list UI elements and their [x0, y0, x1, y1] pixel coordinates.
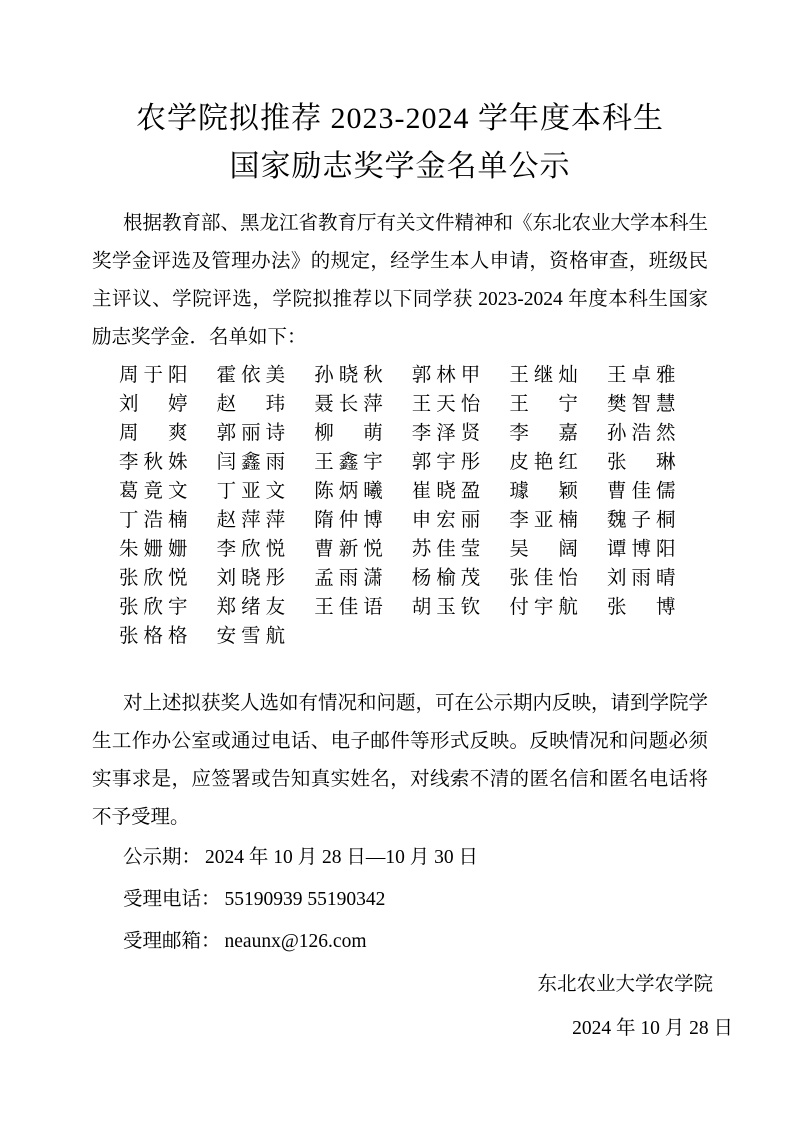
publicity-period-label: 公示期： — [123, 847, 201, 868]
recipient-name: 孙浩然 — [607, 419, 705, 448]
recipient-name: 吴 阔 — [509, 535, 607, 564]
recipient-name: 郑绪友 — [217, 593, 315, 622]
recipient-name: 付宇航 — [509, 593, 607, 622]
signature-date: 2024 年 10 月 28 日 — [92, 1005, 733, 1053]
recipient-name: 樊智慧 — [607, 390, 705, 419]
notice-paragraph: 对上述拟获奖人选如有情况和问题，可在公示期内反映，请到学院学生工作办公室或通过电… — [92, 685, 708, 837]
recipient-name: 郭宇彤 — [412, 448, 510, 477]
phone-value: 55190939 55190342 — [225, 889, 386, 910]
recipient-name: 胡玉钦 — [412, 593, 510, 622]
recipient-name: 霍依美 — [217, 361, 315, 390]
recipient-name: 张 琳 — [607, 448, 705, 477]
recipient-name: 张格格 — [119, 622, 217, 651]
recipient-name: 聂长萍 — [314, 390, 412, 419]
recipient-name: 李 嘉 — [509, 419, 607, 448]
recipient-name: 魏子桐 — [607, 506, 705, 535]
recipient-name: 郭林甲 — [412, 361, 510, 390]
recipient-name: 陈炳曦 — [314, 477, 412, 506]
recipient-name: 郭丽诗 — [217, 419, 315, 448]
recipient-name: 李欣悦 — [217, 535, 315, 564]
recipient-name: 杨榆茂 — [412, 564, 510, 593]
recipient-name: 柳 萌 — [314, 419, 412, 448]
recipient-name: 刘晓彤 — [217, 564, 315, 593]
recipient-name: 皮艳红 — [509, 448, 607, 477]
email-line: 受理邮箱：neaunx@126.com — [92, 921, 708, 963]
recipient-name: 隋仲博 — [314, 506, 412, 535]
recipient-name: 王佳语 — [314, 593, 412, 622]
recipient-name: 刘雨晴 — [607, 564, 705, 593]
publicity-period-value: 2024 年 10 月 28 日—10 月 30 日 — [205, 847, 478, 868]
recipient-name: 孙晓秋 — [314, 361, 412, 390]
recipient-name: 张欣宇 — [119, 593, 217, 622]
phone-label: 受理电话： — [123, 889, 221, 910]
recipient-name: 刘 婷 — [119, 390, 217, 419]
recipient-name: 安雪航 — [217, 622, 315, 651]
publicity-period-line: 公示期：2024 年 10 月 28 日—10 月 30 日 — [92, 837, 708, 879]
recipient-name: 谭博阳 — [607, 535, 705, 564]
recipient-name: 王天怡 — [412, 390, 510, 419]
recipient-name: 李秋姝 — [119, 448, 217, 477]
email-value: neaunx@126.com — [225, 931, 367, 952]
recipient-name: 丁亚文 — [217, 477, 315, 506]
phone-line: 受理电话：55190939 55190342 — [92, 879, 708, 921]
recipient-name: 张佳怡 — [509, 564, 607, 593]
recipient-name: 张 博 — [607, 593, 705, 622]
recipient-name: 李亚楠 — [509, 506, 607, 535]
recipient-name: 王 宁 — [509, 390, 607, 419]
title-line-1: 农学院拟推荐 2023-2024 学年度本科生 — [92, 95, 708, 143]
recipient-name: 孟雨潇 — [314, 564, 412, 593]
document-title: 农学院拟推荐 2023-2024 学年度本科生 国家励志奖学金名单公示 — [92, 95, 708, 191]
recipient-name: 葛竟文 — [119, 477, 217, 506]
signature-block: 东北农业大学农学院 2024 年 10 月 28 日 — [92, 965, 708, 1053]
email-label: 受理邮箱： — [123, 931, 221, 952]
recipient-name: 周于阳 — [119, 361, 217, 390]
recipient-name: 赵 玮 — [217, 390, 315, 419]
recipient-name: 王鑫宇 — [314, 448, 412, 477]
recipient-name: 王卓雅 — [607, 361, 705, 390]
recipient-name: 璩 颖 — [509, 477, 607, 506]
title-line-2: 国家励志奖学金名单公示 — [92, 143, 708, 191]
recipient-name: 周 爽 — [119, 419, 217, 448]
recipient-name: 曹佳儒 — [607, 477, 705, 506]
recipient-name: 王继灿 — [509, 361, 607, 390]
recipient-name: 闫鑫雨 — [217, 448, 315, 477]
recipient-name: 丁浩楠 — [119, 506, 217, 535]
signature-department: 东北农业大学农学院 — [92, 965, 713, 1005]
recipient-name: 张欣悦 — [119, 564, 217, 593]
recipient-name: 朱姗姗 — [119, 535, 217, 564]
recipient-name: 曹新悦 — [314, 535, 412, 564]
recipient-name: 崔晓盈 — [412, 477, 510, 506]
recipient-name: 李泽贤 — [412, 419, 510, 448]
recipient-name: 赵萍萍 — [217, 506, 315, 535]
intro-paragraph: 根据教育部、黑龙江省教育厅有关文件精神和《东北农业大学本科生奖学金评选及管理办法… — [92, 205, 708, 357]
document-page: 农学院拟推荐 2023-2024 学年度本科生 国家励志奖学金名单公示 根据教育… — [0, 0, 794, 1123]
recipient-name: 苏佳莹 — [412, 535, 510, 564]
recipient-name-list: 周于阳霍依美孙晓秋郭林甲王继灿王卓雅刘 婷赵 玮聂长萍王天怡王 宁樊智慧周 爽郭… — [119, 361, 708, 651]
contact-fields: 公示期：2024 年 10 月 28 日—10 月 30 日 受理电话：5519… — [92, 837, 708, 963]
recipient-name: 申宏丽 — [412, 506, 510, 535]
